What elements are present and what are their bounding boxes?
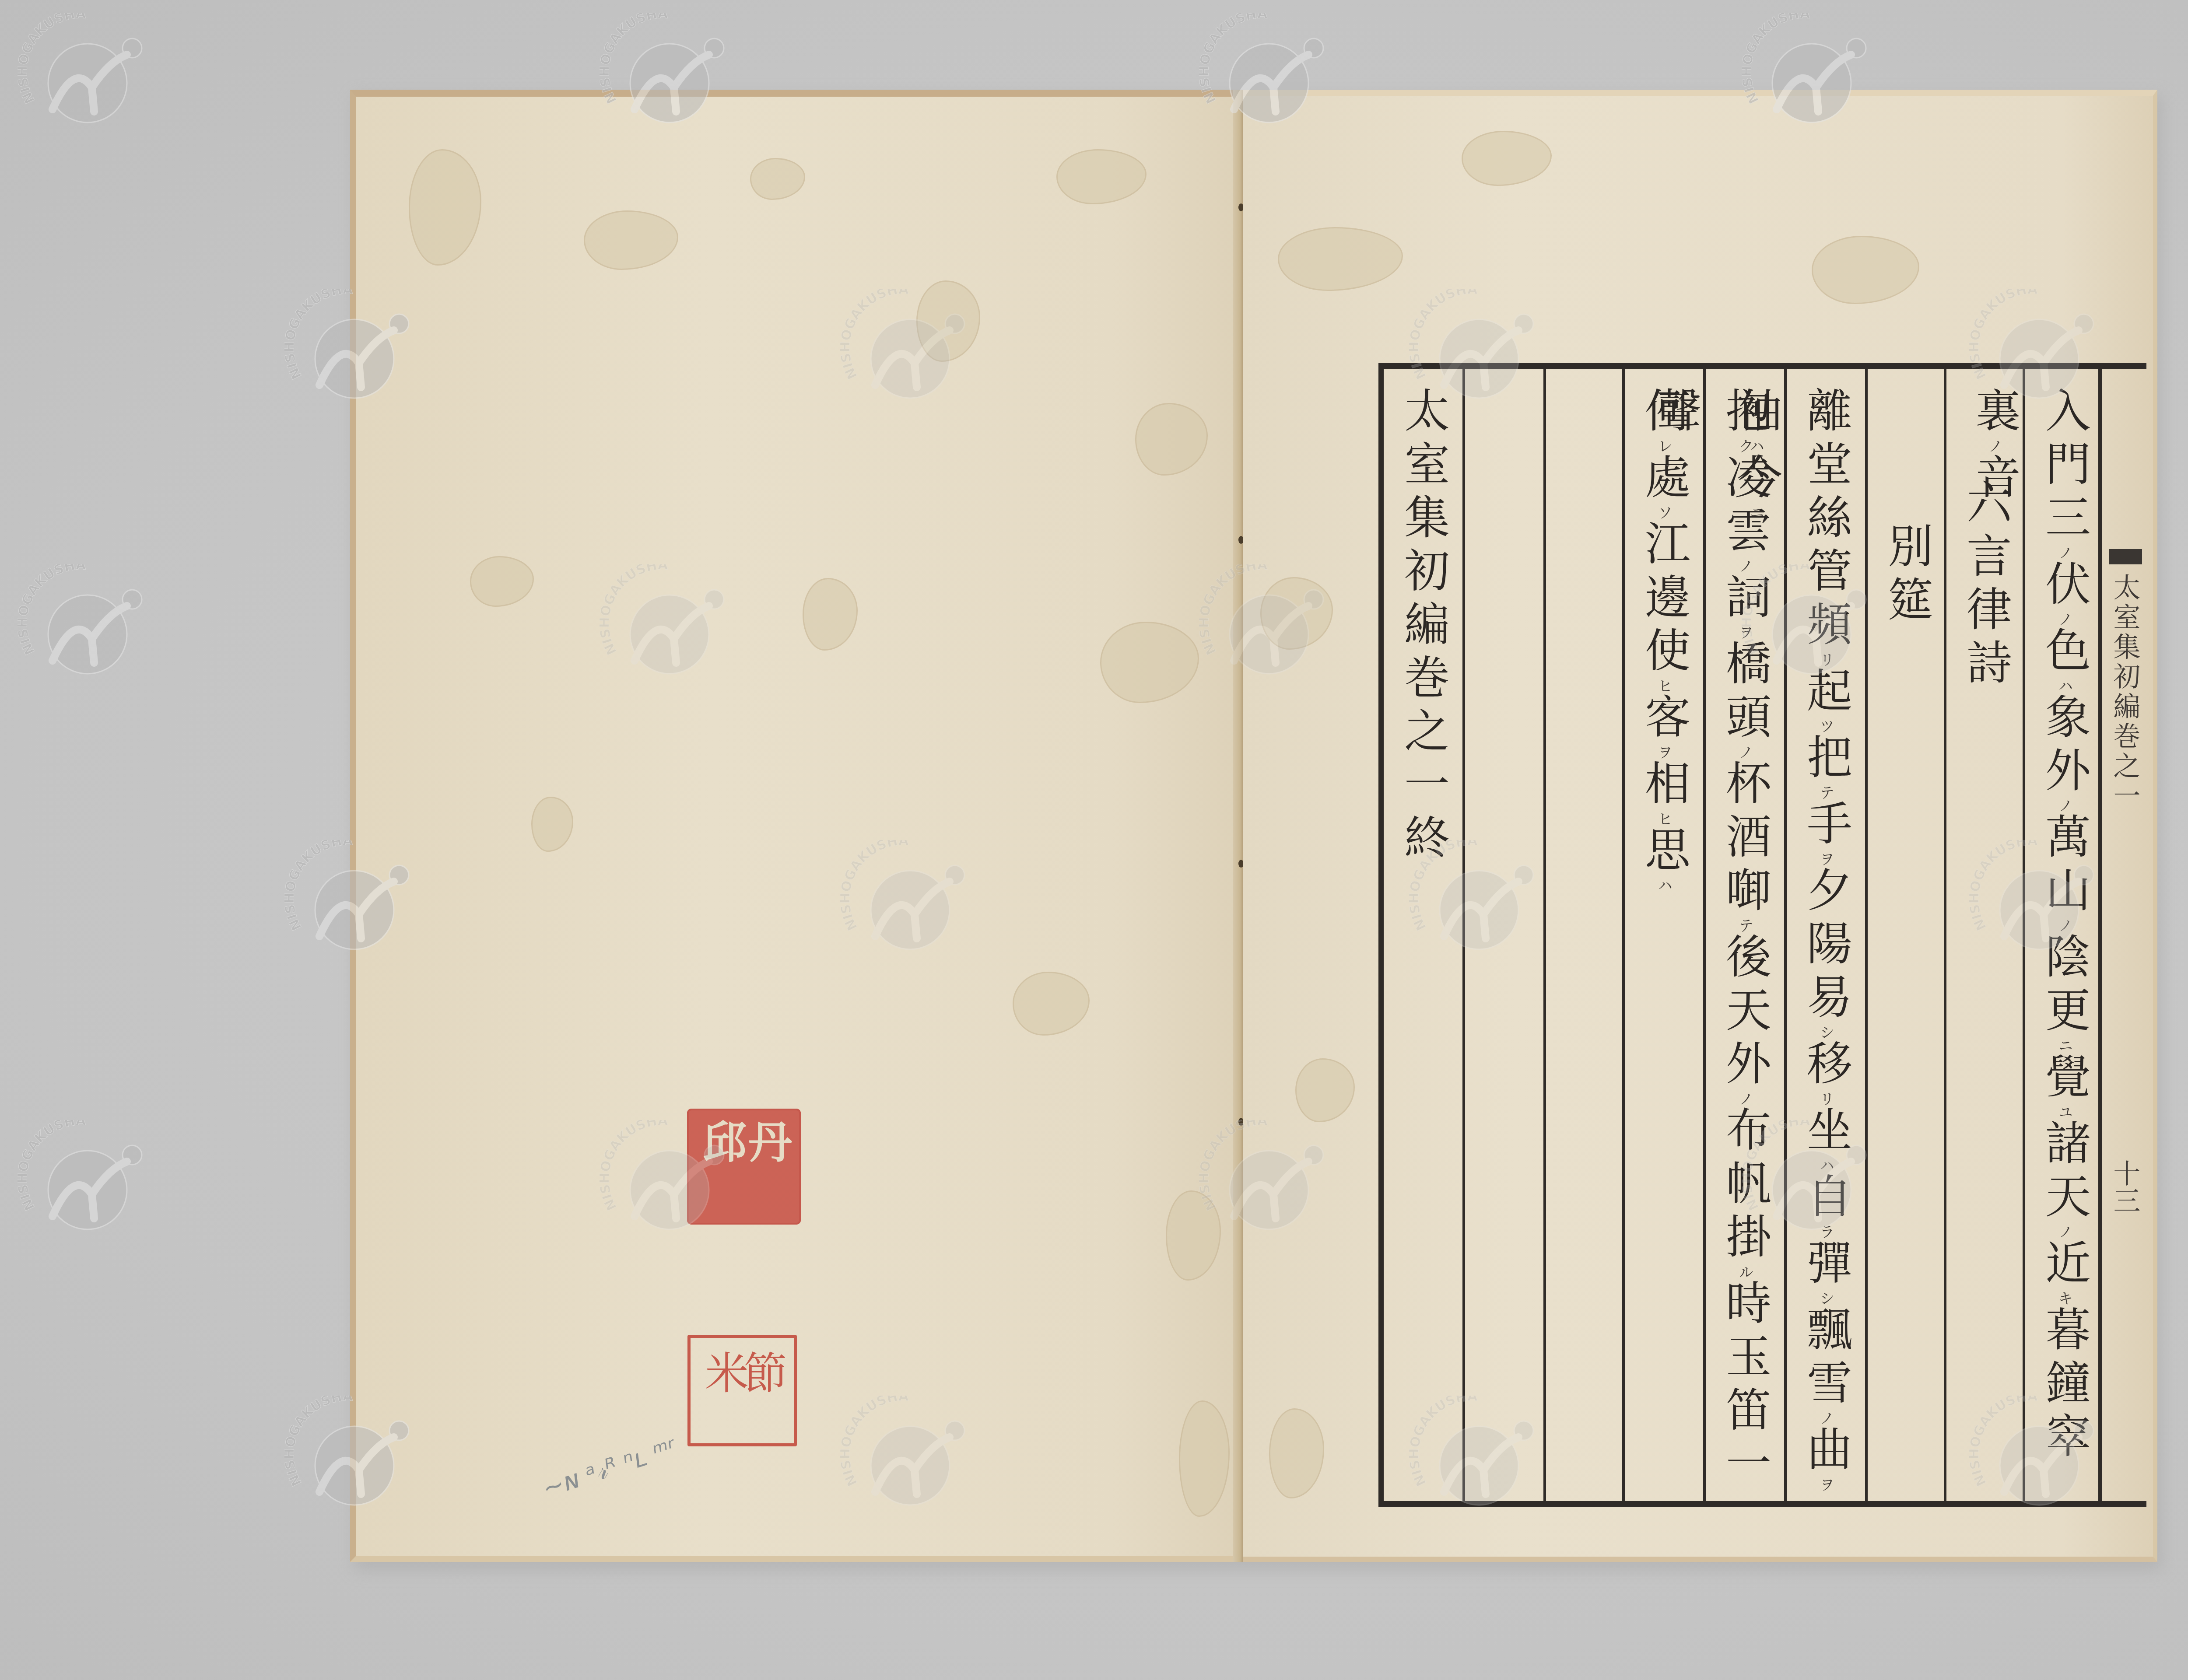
column-rule xyxy=(1462,369,1465,1501)
kanji-glyph: 移 xyxy=(1791,1039,1861,1093)
kunten-reading-mark: ツ xyxy=(1791,718,1861,733)
kanji-glyph: 江 xyxy=(1629,520,1699,573)
kunten-reading-mark: ノ xyxy=(2029,798,2099,813)
kunten-reading-mark: ノ xyxy=(1710,745,1780,759)
red-seal-outline: 節 米 xyxy=(687,1335,797,1446)
kunten-reading-mark: ユ xyxy=(2029,1104,2099,1119)
kunten-reading-mark: ヲ xyxy=(1791,1477,1861,1492)
kanji-glyph: 玉 xyxy=(1710,1333,1780,1386)
kunten-reading-mark: ハ xyxy=(1629,878,1699,892)
kanji-glyph: 何 xyxy=(1629,387,1699,440)
seal-char: 米 xyxy=(701,1350,745,1394)
kanji-glyph: 掛 xyxy=(1710,1213,1780,1266)
kanji-glyph: 帆 xyxy=(1710,1159,1780,1213)
kanji-glyph: 一 xyxy=(1710,1439,1780,1493)
kanji-glyph: 相 xyxy=(1629,759,1699,813)
kanji-glyph: 初 xyxy=(1388,547,1458,600)
seal-char: 丹 xyxy=(745,1119,789,1163)
kanji-glyph: 易 xyxy=(1791,973,1861,1026)
kanji-glyph: 笛 xyxy=(1710,1386,1780,1439)
kunten-reading-mark: ヲ xyxy=(1791,851,1861,866)
kanji-glyph: 詩 xyxy=(1950,639,2020,692)
kanji-glyph: 啣 xyxy=(1710,866,1780,920)
kunten-reading-mark: ヒ xyxy=(1629,678,1699,693)
kanji-glyph: 之 xyxy=(1388,707,1458,760)
kanji-glyph: 暮 xyxy=(2029,1305,2099,1359)
kanji-glyph: 離 xyxy=(1791,387,1861,440)
kunten-reading-mark: キ xyxy=(2029,1291,2099,1305)
kanji-glyph: 陽 xyxy=(1791,920,1861,973)
kunten-reading-mark: ハ xyxy=(1791,1158,1861,1172)
kanji-glyph: 覺 xyxy=(2029,1053,2099,1106)
kanji-glyph: 絲 xyxy=(1791,493,1861,547)
paper-damage xyxy=(1295,1058,1355,1122)
kanji-glyph: 後 xyxy=(1710,933,1780,986)
kanji-glyph: 天 xyxy=(1710,986,1780,1039)
kanji-glyph: 頻 xyxy=(1791,600,1861,654)
paper-damage xyxy=(1462,131,1552,186)
kanji-glyph: 伏 xyxy=(2029,560,2099,613)
kunten-reading-mark: ヲ xyxy=(1629,745,1699,759)
paper-damage xyxy=(916,280,980,362)
hanshin-rule xyxy=(2098,363,2100,1507)
paper-damage xyxy=(409,149,481,266)
text-column: 太室集初編巻之一終 xyxy=(1388,387,1458,867)
pencil-annotation: ~ɴ ᵃ𝓇ᴿ ⁿʟ ᵐʳ xyxy=(539,1432,680,1504)
fishtail-block-mark xyxy=(2109,549,2142,564)
kanji-glyph: 把 xyxy=(1791,733,1861,787)
kunten-reading-mark: ノ xyxy=(1710,1091,1780,1106)
kanji-glyph: 窣 xyxy=(2029,1412,2099,1466)
kanji-glyph: 堂 xyxy=(1791,440,1861,493)
kanji-glyph: 入 xyxy=(2029,387,2099,440)
kanji-glyph: 外 xyxy=(2029,746,2099,800)
kanji-glyph: 別 xyxy=(1872,522,1942,576)
kunten-reading-mark: ク xyxy=(1710,438,1780,453)
paper-damage xyxy=(584,210,678,270)
kunten-reading-mark: ラ xyxy=(1791,1224,1861,1239)
column-rule xyxy=(2023,369,2025,1501)
kanji-glyph: 凌 xyxy=(1710,453,1780,507)
kunten-reading-mark: レ xyxy=(1629,438,1699,453)
kunten-reading-mark: リ xyxy=(1791,652,1861,667)
kunten-reading-mark: ノ xyxy=(1791,1410,1861,1425)
text-column: 六言律詩 xyxy=(1950,479,2020,692)
kanji-glyph: 裏 xyxy=(1959,387,2029,440)
kanji-glyph: 抱 xyxy=(1710,387,1780,440)
kanji-glyph: 鐘 xyxy=(2029,1359,2099,1412)
column-rule xyxy=(1784,369,1787,1501)
kunten-reading-mark: テ xyxy=(1710,918,1780,933)
kanji-glyph: 曲 xyxy=(1791,1425,1861,1479)
left-page: 丹 邱 節 米 ~ɴ ᵃ𝓇ᴿ ⁿʟ ᵐʳ xyxy=(350,90,1245,1562)
kanji-glyph: 夕 xyxy=(1791,866,1861,920)
red-seal-solid: 丹 邱 xyxy=(687,1109,801,1225)
kanji-glyph: 終 xyxy=(1388,814,1458,867)
kunten-reading-mark: ヲ xyxy=(1710,625,1780,640)
kanji-glyph: 三 xyxy=(2029,493,2099,547)
kanji-glyph: 一 xyxy=(1388,760,1458,814)
kanji-glyph: 杯 xyxy=(1710,759,1780,813)
column-rule xyxy=(1865,369,1868,1501)
kunten-reading-mark: ハ xyxy=(2029,678,2099,693)
text-column: 何レ處ソ江邊使ヒ客ヲ相ヒ思ハ xyxy=(1629,387,1699,892)
kunten-reading-mark: ソ xyxy=(1629,505,1699,520)
kanji-glyph: 橋 xyxy=(1710,640,1780,693)
kanji-glyph: 處 xyxy=(1629,453,1699,507)
kanji-glyph: 手 xyxy=(1791,800,1861,853)
paper-damage xyxy=(1812,236,1919,304)
kunten-reading-mark: ノ xyxy=(2029,612,2099,626)
kanji-glyph: 酒 xyxy=(1710,813,1780,866)
kanji-glyph: 色 xyxy=(2029,626,2099,680)
text-column: 離堂絲管頻リ起ツ把テ手ヲ夕陽易シ移リ坐ハ自ラ彈シ飄雪ノ曲ヲ袖ハ今ニ xyxy=(1791,387,1861,1501)
kunten-reading-mark: ニ xyxy=(2029,1038,2099,1053)
kanji-glyph: 筵 xyxy=(1872,576,1942,629)
kanji-glyph: 萬 xyxy=(2029,813,2099,866)
kunten-reading-mark: ヒ xyxy=(1629,811,1699,826)
kunten-reading-mark: ノ xyxy=(2029,918,2099,933)
paper-damage xyxy=(470,556,534,607)
kanji-glyph: 六 xyxy=(1950,479,2020,532)
kanji-glyph: 太 xyxy=(1388,387,1458,440)
text-column: 別筵 xyxy=(1872,522,1942,629)
kunten-reading-mark: ノ xyxy=(1959,438,2029,453)
kunten-reading-mark: シ xyxy=(1791,1025,1861,1039)
text-column: 入門三ノ伏ノ色ハ象外ノ萬山ノ陰更ニ覺ユ諸天ノ近キ暮鐘窣裏ノ音 xyxy=(2029,387,2099,1501)
kanji-glyph: 自 xyxy=(1791,1172,1861,1226)
kanji-glyph: 起 xyxy=(1791,667,1861,720)
paper-damage xyxy=(1179,1400,1230,1517)
printed-text-frame: 入門三ノ伏ノ色ハ象外ノ萬山ノ陰更ニ覺ユ諸天ノ近キ暮鐘窣裏ノ音 六言律詩 別筵 離… xyxy=(1378,363,2146,1507)
kanji-glyph: 坐 xyxy=(1791,1106,1861,1159)
kanji-glyph: 諸 xyxy=(2029,1119,2099,1172)
kunten-reading-mark: ノ xyxy=(2029,1224,2099,1239)
kunten-reading-mark: テ xyxy=(1791,785,1861,800)
kanji-glyph: 雪 xyxy=(1791,1359,1861,1412)
kanji-glyph: 陰 xyxy=(2029,933,2099,986)
column-rule xyxy=(1703,369,1706,1501)
column-rule xyxy=(1622,369,1625,1501)
kanji-glyph: 邊 xyxy=(1629,573,1699,626)
kunten-reading-mark: ノ xyxy=(2029,545,2099,560)
kanji-glyph: 更 xyxy=(2029,986,2099,1039)
kanji-glyph: 客 xyxy=(1629,693,1699,746)
kanji-glyph: 頭 xyxy=(1710,693,1780,746)
kanji-glyph: 象 xyxy=(2029,693,2099,746)
kanji-glyph: 外 xyxy=(1710,1039,1780,1093)
kanji-glyph: 詞 xyxy=(1710,573,1780,626)
kunten-reading-mark: シ xyxy=(1791,1291,1861,1305)
paper-damage xyxy=(1269,1408,1324,1498)
kunten-reading-mark: リ xyxy=(1791,1091,1861,1106)
paper-damage xyxy=(1135,403,1208,476)
kanji-glyph: 編 xyxy=(1388,600,1458,654)
kanji-glyph: 巻 xyxy=(1388,654,1458,707)
kanji-glyph: 彈 xyxy=(1791,1239,1861,1292)
hanshin-page-number: 十三 xyxy=(2118,1159,2144,1214)
column-rule xyxy=(1543,369,1546,1501)
paper-damage xyxy=(1056,149,1147,204)
kanji-glyph: 室 xyxy=(1388,440,1458,493)
paper-damage xyxy=(1013,972,1090,1036)
kanji-glyph: 律 xyxy=(1950,585,2020,639)
kunten-reading-mark: ル xyxy=(1710,1264,1780,1279)
kanji-glyph: 飄 xyxy=(1791,1305,1861,1359)
column-rule xyxy=(1944,369,1946,1501)
kanji-glyph: 天 xyxy=(2029,1172,2099,1226)
kanji-glyph: 雲 xyxy=(1710,507,1780,560)
kanji-glyph: 時 xyxy=(1710,1279,1780,1333)
kanji-glyph: 布 xyxy=(1710,1106,1780,1159)
paper-damage xyxy=(1166,1190,1221,1281)
paper-damage xyxy=(531,797,573,852)
kanji-glyph: 集 xyxy=(1388,493,1458,547)
kanji-glyph: 山 xyxy=(2029,866,2099,920)
seal-char: 邱 xyxy=(699,1119,743,1163)
paper-damage xyxy=(750,158,805,200)
paper-damage xyxy=(803,578,858,651)
kanji-glyph: 門 xyxy=(2029,440,2099,493)
text-column: 抱ク凌雲ノ詞ヲ橋頭ノ杯酒啣テ後天外ノ布帆掛ル時玉笛一聲 xyxy=(1710,387,1780,1501)
kanji-glyph: 近 xyxy=(2029,1239,2099,1292)
kanji-glyph: 管 xyxy=(1791,547,1861,600)
kanji-glyph: 使 xyxy=(1629,626,1699,680)
paper-damage xyxy=(1260,577,1333,650)
paper-damage xyxy=(1278,227,1403,291)
kanji-glyph: 思 xyxy=(1629,826,1699,879)
kanji-glyph: 言 xyxy=(1950,532,2020,585)
kunten-reading-mark: ノ xyxy=(1710,558,1780,573)
hanshin-book-title: 太室集初編巻之一 xyxy=(2114,573,2144,811)
paper-damage xyxy=(1100,622,1199,703)
